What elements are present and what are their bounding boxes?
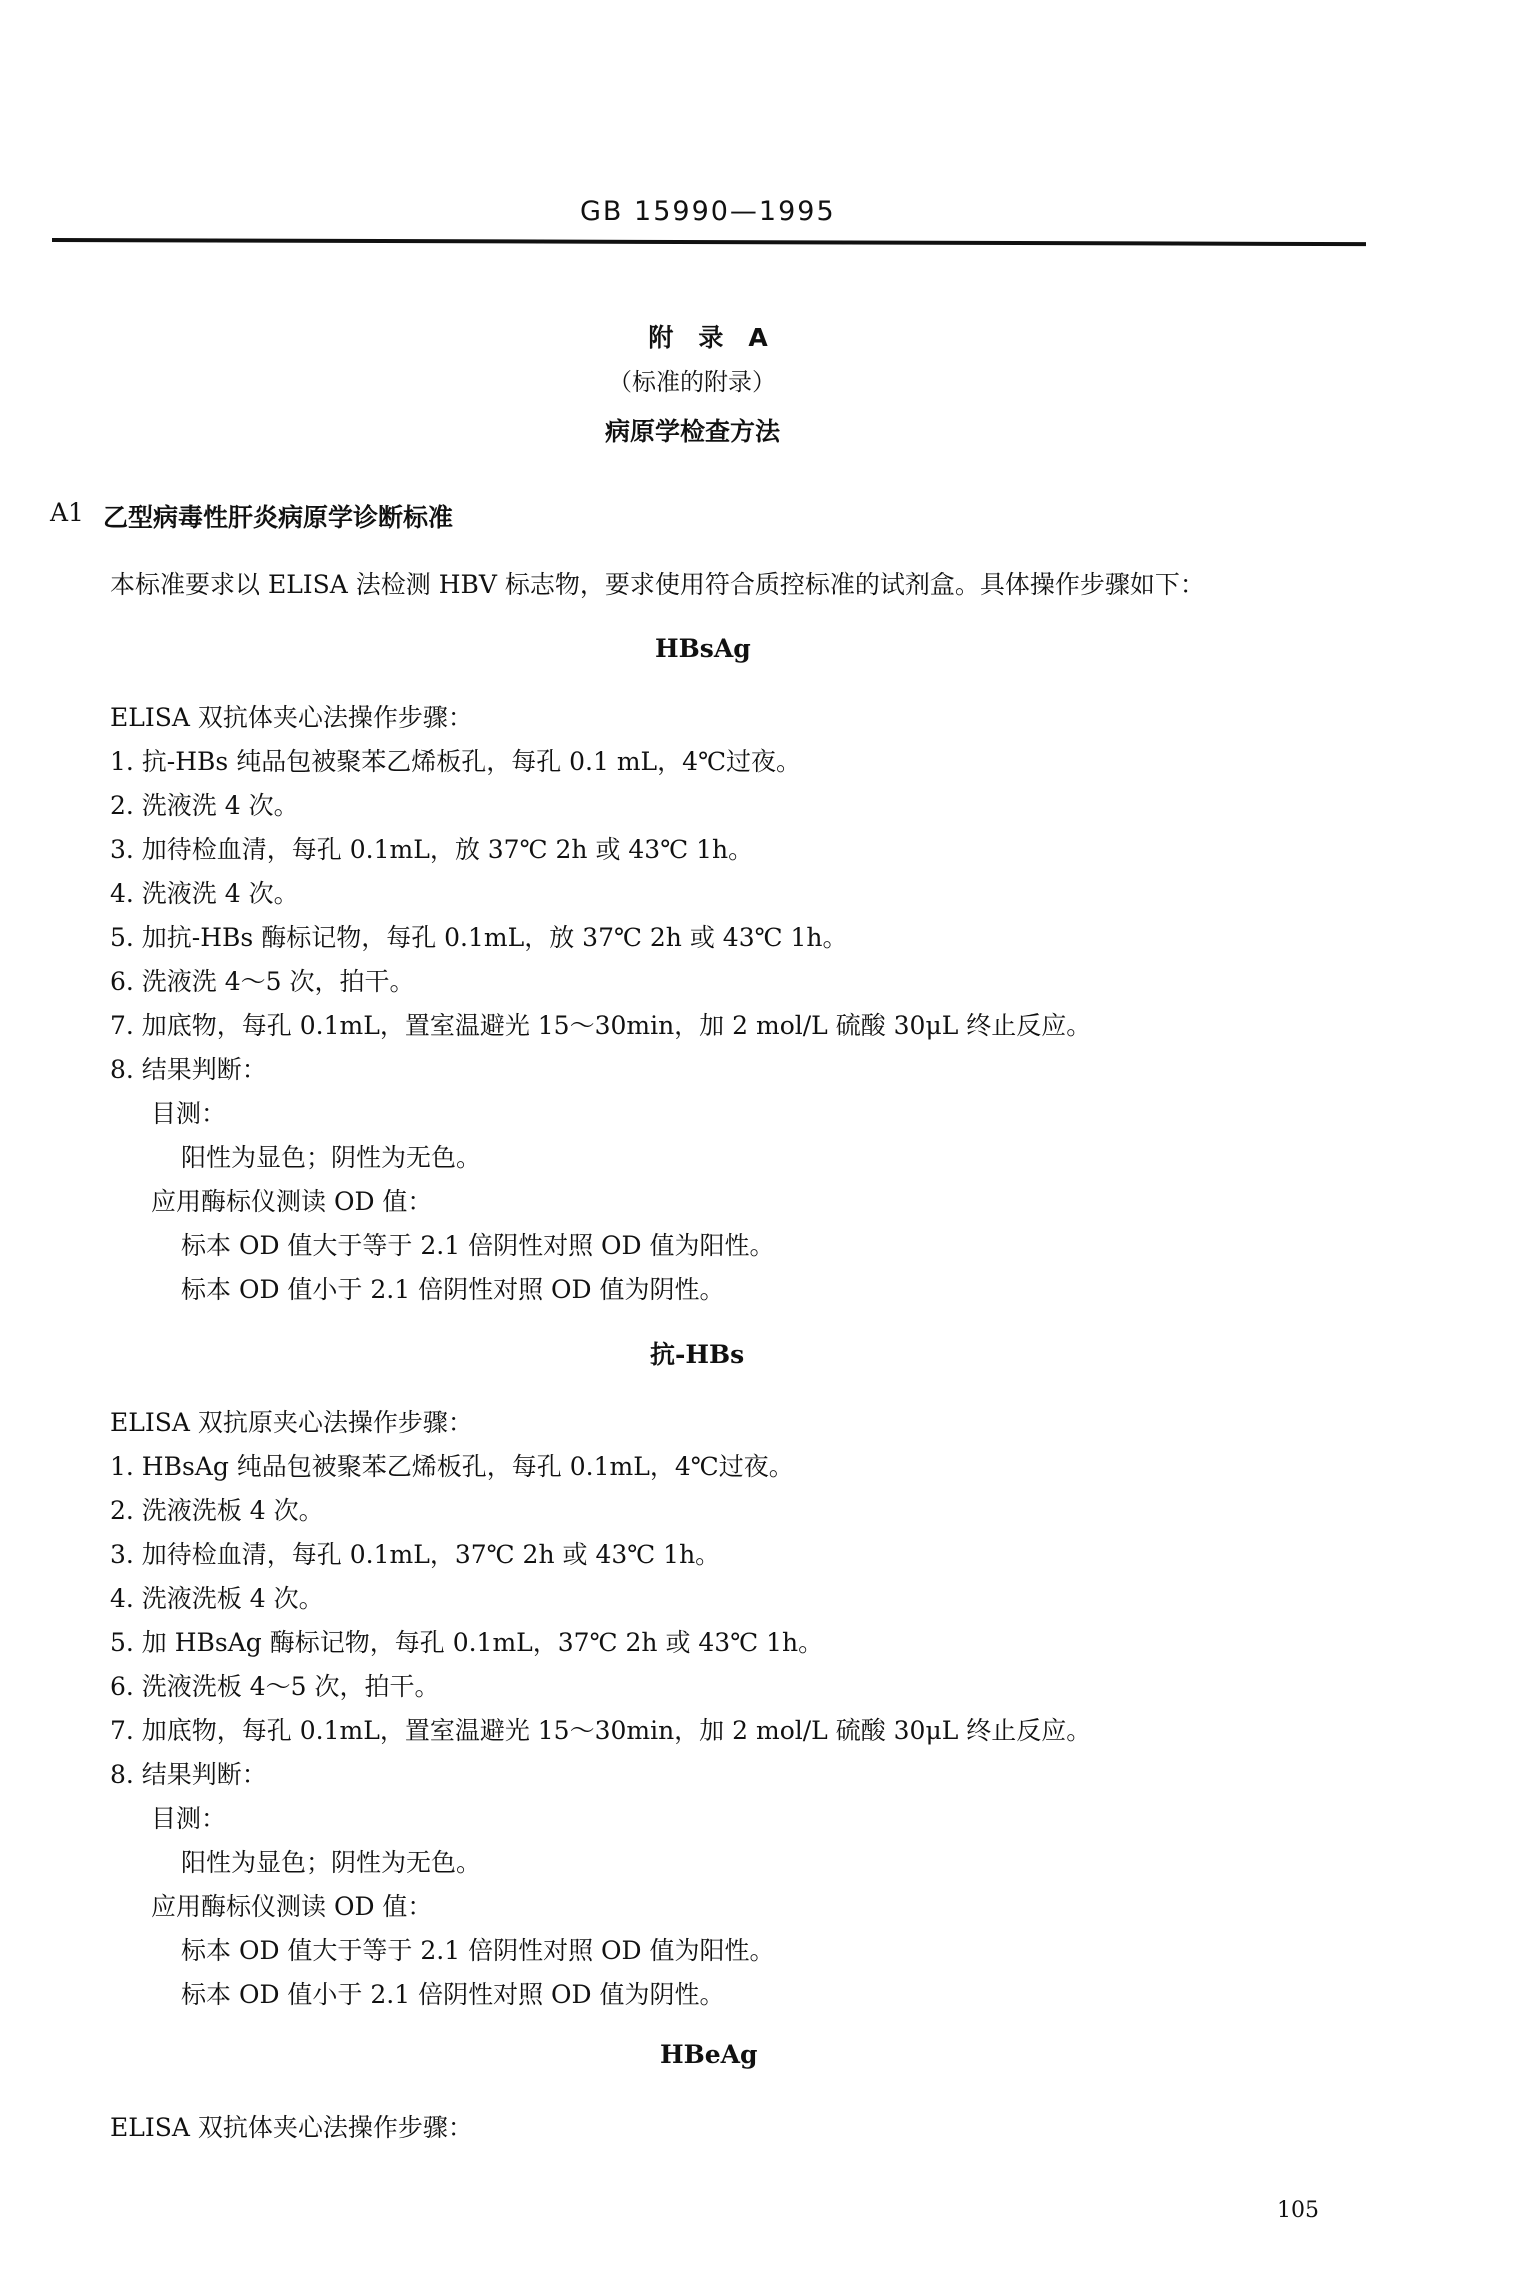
header-rule	[52, 238, 1366, 246]
reader-label: 应用酶标仪测读 OD 值：	[151, 1887, 432, 1923]
visual-result: 阳性为显色；阴性为无色。	[181, 1843, 481, 1879]
step-item: 4. 洗液洗 4 次。	[110, 874, 299, 910]
step-item: 5. 加抗-HBs 酶标记物，每孔 0.1mL，放 37℃ 2h 或 43℃ 1…	[110, 918, 848, 954]
standard-code-header: GB 15990—1995	[580, 196, 836, 227]
reader-label: 应用酶标仪测读 OD 值：	[151, 1182, 432, 1218]
step-item: 1. HBsAg 纯品包被聚苯乙烯板孔，每孔 0.1mL，4℃过夜。	[110, 1447, 794, 1483]
step-item: 1. 抗-HBs 纯品包被聚苯乙烯板孔，每孔 0.1 mL，4℃过夜。	[110, 742, 801, 778]
step-item: 2. 洗液洗板 4 次。	[110, 1491, 324, 1527]
step-item: 3. 加待检血清，每孔 0.1mL，37℃ 2h 或 43℃ 1h。	[110, 1535, 720, 1571]
visual-label: 目测：	[151, 1094, 226, 1130]
step-item: 7. 加底物，每孔 0.1mL，置室温避光 15～30min，加 2 mol/L…	[110, 1711, 1091, 1747]
step-item: 7. 加底物，每孔 0.1mL，置室温避光 15～30min，加 2 mol/L…	[110, 1006, 1091, 1042]
reader-result: 标本 OD 值大于等于 2.1 倍阴性对照 OD 值为阳性。	[181, 1226, 775, 1262]
appendix-subtitle: （标准的附录）	[608, 362, 776, 397]
reader-result: 标本 OD 值大于等于 2.1 倍阴性对照 OD 值为阳性。	[181, 1931, 775, 1967]
block-heading-hbeag: HBeAg	[660, 2040, 758, 2069]
step-item: 6. 洗液洗 4～5 次，拍干。	[110, 962, 415, 998]
section-intro: 本标准要求以 ELISA 法检测 HBV 标志物，要求使用符合质控标准的试剂盒。…	[110, 565, 1205, 601]
block-heading-anti-hbs: 抗-HBs	[650, 1335, 744, 1371]
step-item: 4. 洗液洗板 4 次。	[110, 1579, 324, 1615]
appendix-title: 附 录 A	[628, 318, 788, 354]
step-item: 5. 加 HBsAg 酶标记物，每孔 0.1mL，37℃ 2h 或 43℃ 1h…	[110, 1623, 823, 1659]
step-item: 8. 结果判断：	[110, 1755, 267, 1791]
visual-result: 阳性为显色；阴性为无色。	[181, 1138, 481, 1174]
method-label: ELISA 双抗体夹心法操作步骤：	[110, 2108, 473, 2144]
reader-result: 标本 OD 值小于 2.1 倍阴性对照 OD 值为阴性。	[181, 1270, 725, 1306]
step-item: 3. 加待检血清，每孔 0.1mL，放 37℃ 2h 或 43℃ 1h。	[110, 830, 753, 866]
step-item: 8. 结果判断：	[110, 1050, 267, 1086]
step-item: 2. 洗液洗 4 次。	[110, 786, 299, 822]
visual-label: 目测：	[151, 1799, 226, 1835]
section-title: 乙型病毒性肝炎病原学诊断标准	[103, 498, 453, 534]
block-heading-hbsag: HBsAg	[655, 634, 751, 663]
step-item: 6. 洗液洗板 4～5 次，拍干。	[110, 1667, 440, 1703]
reader-result: 标本 OD 值小于 2.1 倍阴性对照 OD 值为阴性。	[181, 1975, 725, 2011]
section-number: A1	[50, 498, 84, 527]
method-label: ELISA 双抗原夹心法操作步骤：	[110, 1403, 473, 1439]
appendix-name: 病原学检查方法	[605, 412, 780, 448]
method-label: ELISA 双抗体夹心法操作步骤：	[110, 698, 473, 734]
page-number: 105	[1277, 2198, 1319, 2223]
